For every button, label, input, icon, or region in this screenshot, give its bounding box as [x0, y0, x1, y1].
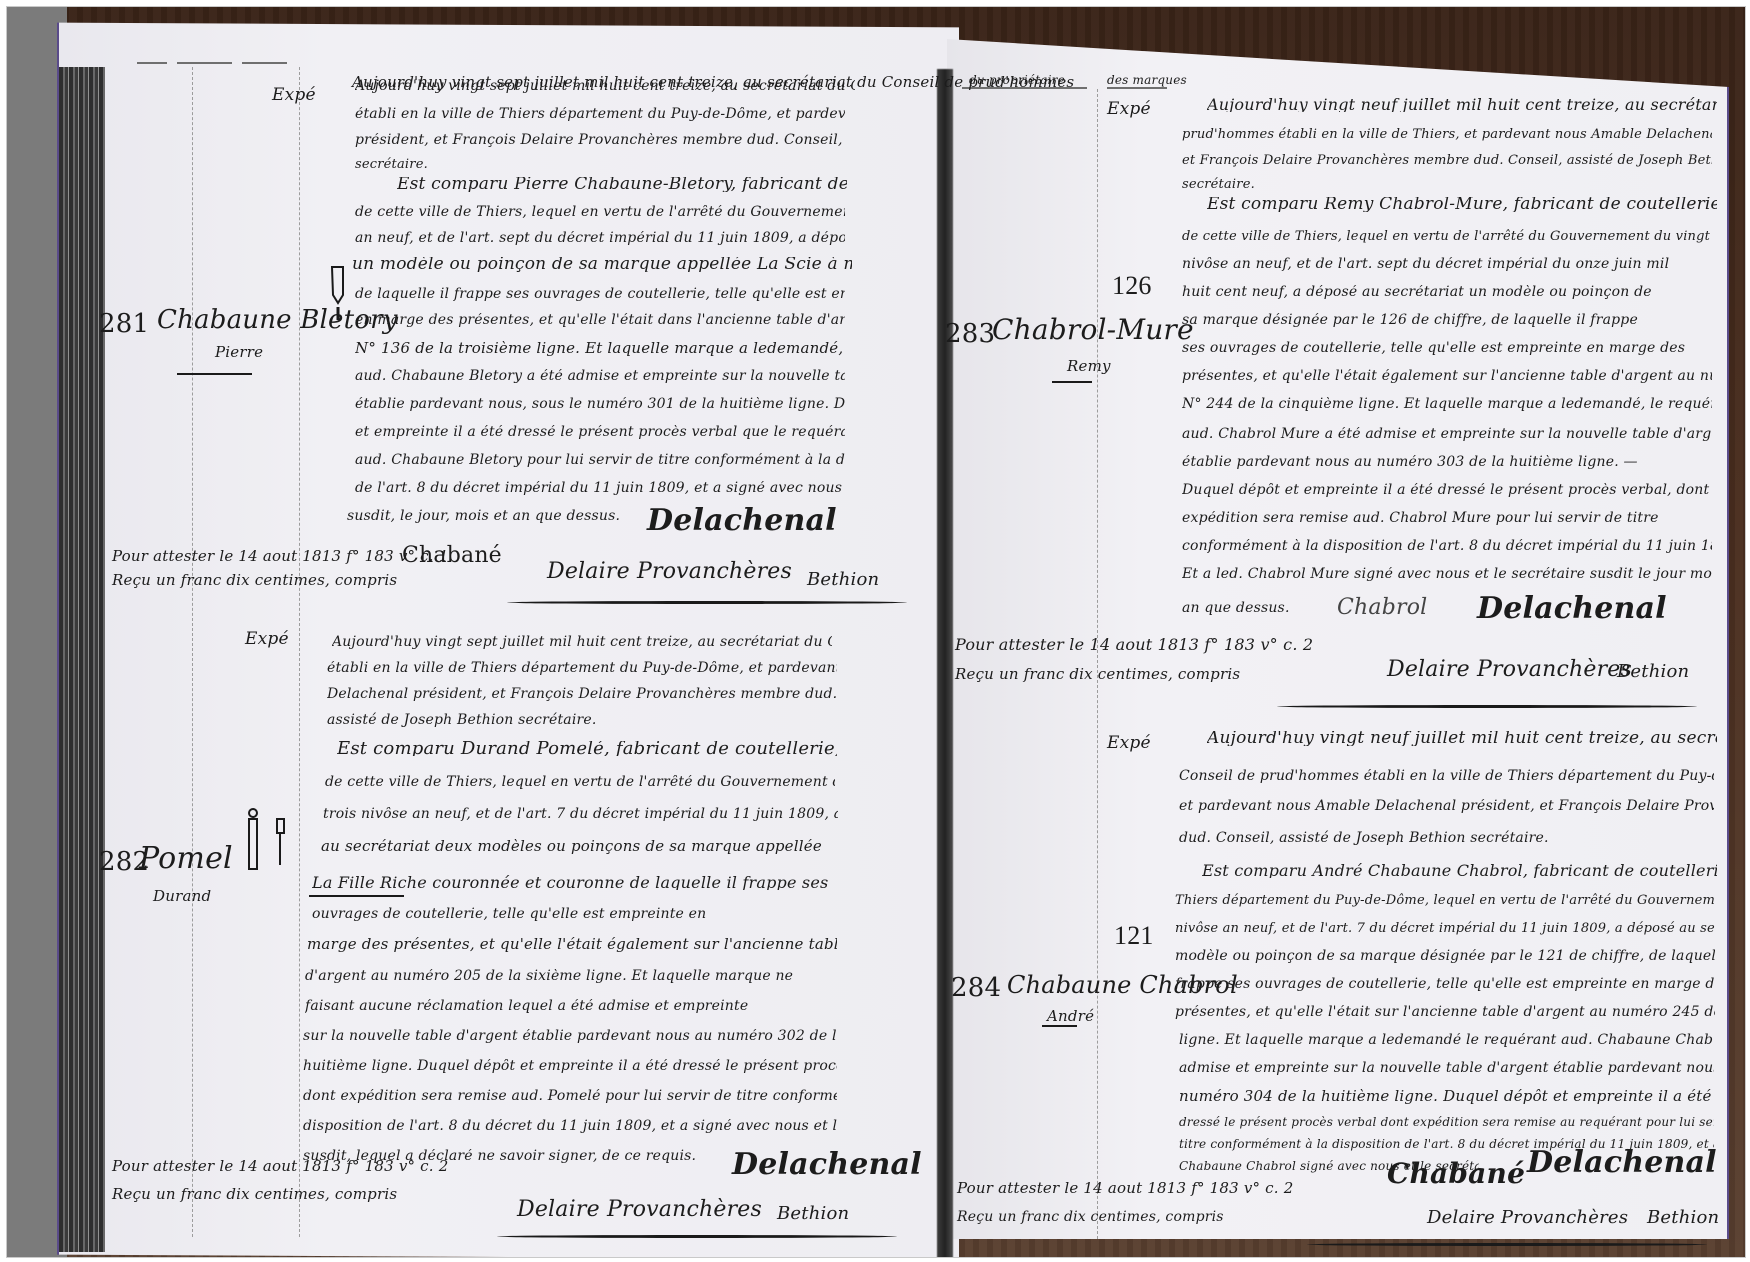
text-line: frappe ses ouvrages de coutellerie, tell…: [1175, 977, 1715, 992]
header-rule: [177, 62, 232, 64]
margin-label-expedie: Expé: [245, 629, 289, 649]
text-line: Duquel dépôt et empreinte il a été dress…: [1182, 483, 1712, 498]
text-line: d'argent au numéro 205 de la sixième lig…: [305, 969, 837, 984]
text-line: disposition de l'art. 8 du décret du 11 …: [303, 1119, 837, 1134]
text-line: expédition sera remise aud. Chabrol Mure…: [1182, 511, 1712, 526]
text-line: de l'art. 8 du décret impérial du 11 jui…: [355, 481, 845, 496]
column-rule: [1097, 89, 1098, 1239]
text-line: ouvrages de coutellerie, telle qu'elle e…: [312, 907, 837, 922]
signature-delaire: Delaire Provanchères: [547, 559, 792, 584]
text-line: présentes, et qu'elle l'était également …: [1182, 369, 1712, 384]
entry-surname: Pomel: [139, 841, 233, 876]
signature-delachenal: Delachenal: [647, 503, 837, 538]
text-line: N° 136 de la troisième ligne. Et laquell…: [355, 341, 845, 356]
text-line: N° 244 de la cinquième ligne. Et laquell…: [1182, 397, 1712, 412]
attestation-line-2: Reçu un franc dix centimes, compris: [112, 1185, 397, 1203]
text-line: en marge des présentes, et qu'elle l'éta…: [355, 313, 845, 328]
text-line: établie pardevant nous au numéro 303 de …: [1182, 455, 1712, 470]
text-line-mark-name: La Fille Riche couronnée et couronne de …: [312, 875, 842, 890]
text-line: Est comparu André Chabaune Chabrol, fabr…: [1202, 863, 1717, 878]
text-line: an neuf, et de l'art. sept du décret imp…: [355, 231, 845, 246]
attestation-line-1: Pour attester le 14 aout 1813 f° 183 v° …: [955, 635, 1313, 654]
text-line: Aujourd'huy vingt sept juillet mil huit …: [355, 79, 855, 94]
mark-code: 121: [1114, 921, 1154, 951]
entry-first-name: Pierre: [215, 343, 263, 361]
text-line: an que dessus.: [1182, 601, 1290, 616]
signature-delachenal: Delachenal: [1527, 1145, 1717, 1180]
text-line: aud. Chabrol Mure a été admise et emprei…: [1182, 427, 1712, 442]
text-line: sur la nouvelle table d'argent établie p…: [303, 1029, 837, 1044]
text-line: aud. Chabaune Bletory a été admise et em…: [355, 369, 845, 384]
text-line: de cette ville de Thiers, lequel en vert…: [1182, 229, 1712, 244]
text-line: admise et empreinte sur la nouvelle tabl…: [1179, 1061, 1714, 1076]
text-line: Est comparu Remy Chabrol-Mure, fabricant…: [1207, 197, 1717, 212]
text-line: établi en la ville de Thiers département…: [355, 107, 845, 122]
text-line: marge des présentes, et qu'elle l'était …: [307, 937, 837, 952]
text-line: établie pardevant nous, sous le numéro 3…: [355, 397, 845, 412]
mark-code: 126: [1112, 271, 1152, 301]
text-line: de cette ville de Thiers, lequel en vert…: [325, 775, 835, 790]
entry-number: 284: [951, 973, 1001, 1003]
signature-delaire: Delaire Provanchères: [1427, 1207, 1628, 1228]
text-line: Aujourd'huy vingt neuf juillet mil huit …: [1207, 97, 1717, 112]
text-line: sa marque désignée par le 126 de chiffre…: [1182, 313, 1712, 328]
signature-bethion: Bethion: [1617, 661, 1689, 682]
page-binding-edge: [59, 67, 105, 1252]
header-rule: [137, 62, 167, 64]
signature-delaire: Delaire Provanchères: [517, 1197, 762, 1222]
column-rule: [192, 67, 193, 1237]
header-rule: [242, 62, 287, 64]
entry-surname: Chabrol-Mure: [992, 313, 1194, 346]
mark-name-underline: [309, 895, 404, 897]
text-line: dont expédition sera remise aud. Pomelé …: [303, 1089, 837, 1104]
text-line: conformément à la disposition de l'art. …: [1182, 539, 1712, 554]
entry-number: 281: [99, 309, 149, 339]
attestation-line-1: Pour attester le 14 aout 1813 f° 183 v° …: [112, 547, 448, 565]
signature-bethion: Bethion: [777, 1203, 849, 1224]
entry-number: 283: [945, 319, 995, 349]
text-line: Conseil de prud'hommes établi en la vill…: [1179, 769, 1714, 784]
text-line: nivôse an neuf, et de l'art. sept du déc…: [1182, 257, 1712, 272]
text-line: au secrétariat deux modèles ou poinçons …: [321, 839, 841, 854]
signature-chabrol: Chabrol: [1337, 595, 1427, 620]
header-marks-column: des marques: [1107, 73, 1187, 87]
signature-chabane: Chabané: [1387, 1157, 1525, 1190]
text-line: nivôse an neuf, et de l'art. 7 du décret…: [1175, 921, 1715, 936]
text-line: Aujourd'huy vingt neuf juillet mil huit …: [1207, 731, 1717, 746]
text-line: présentes, et qu'elle l'était sur l'anci…: [1175, 1005, 1715, 1020]
attestation-line-2: Reçu un franc dix centimes, compris: [957, 1209, 1224, 1225]
signature-bethion: Bethion: [807, 569, 879, 590]
text-line: huitième ligne. Duquel dépôt et empreint…: [303, 1059, 837, 1074]
attestation-line-1: Pour attester le 14 aout 1813 f° 183 v° …: [957, 1179, 1293, 1197]
attestation-line-1: Pour attester le 14 aout 1813 f° 183 v° …: [112, 1157, 448, 1175]
entry-first-name: André: [1047, 1007, 1094, 1025]
knife-mark-icon: [329, 265, 347, 325]
name-underline: [1042, 1025, 1077, 1027]
text-line: trois nivôse an neuf, et de l'art. 7 du …: [323, 807, 838, 822]
name-underline: [1052, 381, 1092, 383]
header-rule: [1107, 87, 1167, 89]
text-line: Delachenal président, et François Delair…: [327, 687, 837, 702]
signature-flourish: [1307, 1243, 1707, 1246]
signature-flourish: [1277, 705, 1697, 708]
text-line: prud'hommes établi en la ville de Thiers…: [1182, 127, 1712, 142]
margin-label-expedie: Expé: [272, 85, 316, 105]
text-line: secrétaire.: [355, 157, 428, 172]
center-fold: [937, 69, 953, 1258]
attestation-line-2: Reçu un franc dix centimes, compris: [112, 571, 397, 589]
text-line: numéro 304 de la huitième ligne. Duquel …: [1179, 1089, 1714, 1104]
text-line: huit cent neuf, a déposé au secrétariat …: [1182, 285, 1712, 300]
signature-flourish: [507, 601, 907, 604]
text-line: président, et François Delaire Provanchè…: [355, 133, 845, 148]
text-line: Et a led. Chabrol Mure signé avec nous e…: [1182, 567, 1712, 582]
column-rule: [299, 67, 300, 1237]
text-line: Aujourd'huy vingt sept juillet mil huit …: [332, 635, 832, 650]
text-line-mark-name: un modèle ou poinçon de sa marque appell…: [352, 257, 852, 272]
signature-delachenal: Delachenal: [1477, 591, 1667, 626]
text-line: Thiers département du Puy-de-Dôme, leque…: [1175, 893, 1715, 908]
text-line: de cette ville de Thiers, lequel en vert…: [355, 205, 845, 220]
attestation-line-2: Reçu un franc dix centimes, compris: [955, 665, 1240, 683]
text-line: établi en la ville de Thiers département…: [327, 661, 837, 676]
text-line: de laquelle il frappe ses ouvrages de co…: [355, 287, 845, 302]
signature-flourish: [497, 1235, 897, 1238]
text-line: faisant aucune réclamation lequel a été …: [305, 999, 837, 1014]
text-line: susdit, le jour, mois et an que dessus.: [347, 509, 620, 524]
text-line: et François Delaire Provanchères membre …: [1182, 153, 1712, 168]
entry-first-name: Remy: [1067, 357, 1111, 375]
text-line: aud. Chabaune Bletory pour lui servir de…: [355, 453, 845, 468]
entry-first-name: Durand: [153, 887, 211, 905]
text-line: Est comparu Pierre Chabaune-Bletory, fab…: [397, 177, 847, 192]
text-line: secrétaire.: [1182, 177, 1255, 192]
signature-bethion: Bethion: [1647, 1207, 1719, 1228]
name-underline: [177, 373, 252, 375]
register-photograph: du propriétaire des marques Expé 281 Cha…: [6, 6, 1746, 1258]
text-line: dressé le présent procès verbal dont exp…: [1179, 1115, 1714, 1130]
text-line: assisté de Joseph Bethion secrétaire.: [327, 713, 597, 728]
signature-delaire: Delaire Provanchères: [1387, 657, 1632, 682]
text-line: dud. Conseil, assisté de Joseph Bethion …: [1179, 831, 1549, 846]
text-line: Est comparu Durand Pomelé, fabricant de …: [337, 741, 837, 756]
text-line: ligne. Et laquelle marque a ledemandé le…: [1179, 1033, 1714, 1048]
signature-delachenal: Delachenal: [732, 1147, 922, 1182]
text-line: modèle ou poinçon de sa marque désignée …: [1175, 949, 1715, 964]
text-line: et pardevant nous Amable Delachenal prés…: [1179, 799, 1714, 814]
text-line: ses ouvrages de coutellerie, telle qu'el…: [1182, 341, 1712, 356]
margin-label-expedie: Expé: [1107, 99, 1151, 119]
figure-mark-icon: [243, 807, 293, 875]
text-line: et empreinte il a été dressé le présent …: [355, 425, 845, 440]
margin-label-expedie: Expé: [1107, 733, 1151, 753]
